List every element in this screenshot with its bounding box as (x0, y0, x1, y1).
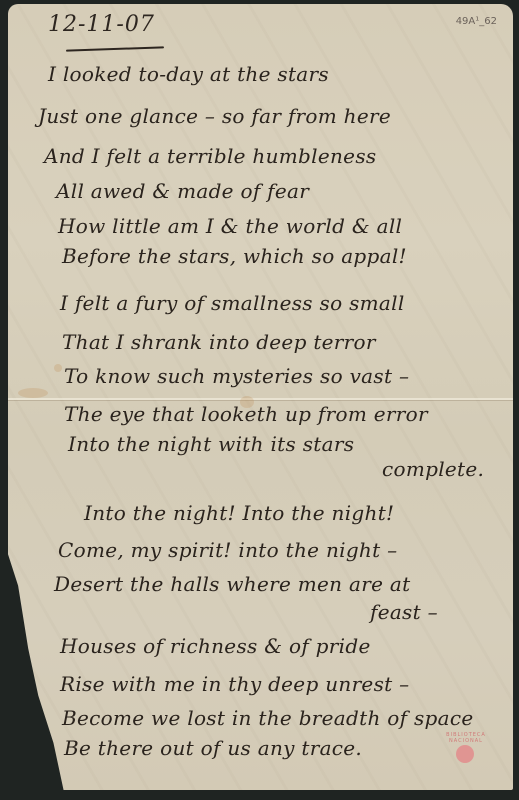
paper-fold-line (8, 398, 513, 400)
stamp-seal-icon (456, 745, 474, 763)
poem-line: I felt a fury of smallness so small (60, 291, 405, 315)
archive-reference: 49A¹_62 (456, 16, 497, 27)
poem-line: Into the night with its stars (68, 432, 354, 456)
poem-line: Just one glance – so far from here (38, 104, 391, 128)
poem-line: Before the stars, which so appal! (62, 244, 407, 268)
poem-line: How little am I & the world & all (58, 214, 402, 238)
poem-line: And I felt a terrible humbleness (44, 144, 376, 168)
poem-line: That I shrank into deep terror (62, 330, 376, 354)
poem-line: Into the night! Into the night! (84, 501, 394, 525)
stain (18, 388, 48, 398)
poem-line: The eye that looketh up from error (64, 402, 428, 426)
poem-line: Rise with me in thy deep unrest – (60, 672, 409, 696)
date-heading: 12-11-07 (48, 12, 155, 37)
library-stamp: BIBLIOTECA NACIONAL (440, 732, 492, 772)
poem-line: Desert the halls where men are at (54, 572, 410, 596)
date-underline (66, 46, 164, 51)
poem-line: Come, my spirit! into the night – (58, 538, 397, 562)
poem-line: complete. (382, 457, 484, 481)
poem-line: Houses of richness & of pride (60, 634, 371, 658)
manuscript-page: 12-11-07 49A¹_62 I looked to-day at the … (8, 4, 513, 790)
stamp-text: BIBLIOTECA NACIONAL (440, 732, 492, 744)
poem-line: feast – (370, 600, 438, 624)
poem-line: To know such mysteries so vast – (64, 364, 409, 388)
poem-line: I looked to-day at the stars (48, 62, 329, 86)
stain (54, 364, 62, 372)
poem-line: All awed & made of fear (56, 179, 309, 203)
poem-line: Be there out of us any trace. (64, 736, 362, 760)
poem-line: Become we lost in the breadth of space (62, 706, 474, 730)
